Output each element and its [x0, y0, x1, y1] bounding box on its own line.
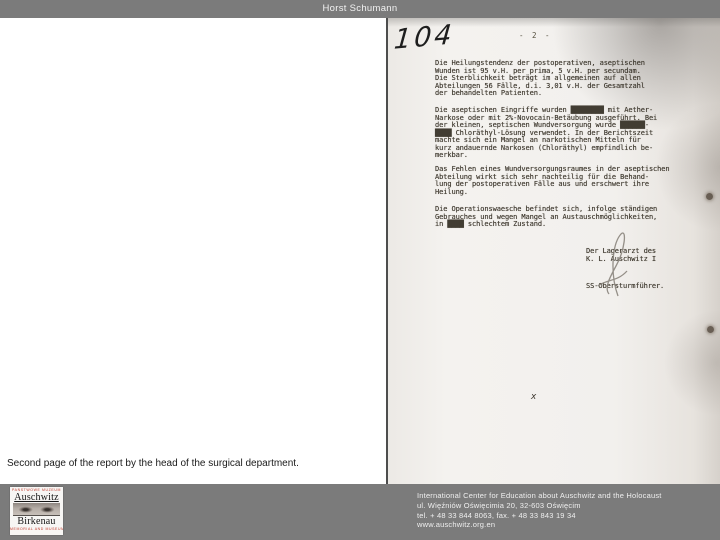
auschwitz-birkenau-logo: PAŃSTWOWE MUZEUM Auschwitz Birkenau MEMO… — [10, 487, 63, 535]
slide-footer: PAŃSTWOWE MUZEUM Auschwitz Birkenau MEMO… — [0, 484, 720, 540]
document-scan: 104 - 2 - Die Heilungstendenz der postop… — [386, 18, 720, 484]
document-paragraph: Die Heilungstendenz der postoperativen, … — [435, 60, 645, 98]
ink-blot — [707, 326, 714, 333]
footer-contact-line: International Center for Education about… — [417, 491, 662, 501]
document-text-line: Heilung. — [435, 189, 670, 197]
document-text-line: kurz andauernde Narkosen (Chloräthyl) em… — [435, 145, 657, 153]
document-text-line: in ████ schlechtem Zustand. — [435, 221, 657, 229]
handwritten-page-number: 104 — [393, 19, 456, 56]
slide: Horst Schumann 104 - 2 - Die Heilungsten… — [0, 0, 720, 540]
document-left-edge — [386, 18, 388, 484]
signature-block: Der Lagerarzt des K. L. Auschwitz I SS-O… — [586, 248, 664, 291]
document-paragraph: Die Operationswaesche befindet sich, inf… — [435, 206, 657, 229]
logo-name-birkenau: Birkenau — [10, 516, 63, 527]
signature-rank: SS-Obersturmführer. — [586, 283, 664, 291]
document-paragraph: Die aseptischen Eingriffe wurden ███████… — [435, 107, 657, 160]
footer-contact-block: International Center for Education about… — [417, 491, 662, 530]
footer-contact-line: ul. Więźniów Oświęcimia 20, 32-603 Oświę… — [417, 501, 662, 511]
footer-contact-line: tel. + 48 33 844 8063, fax. + 48 33 843 … — [417, 511, 662, 521]
eyes-image — [13, 503, 60, 516]
logo-bottom-text: MEMORIAL AND MUSEUM — [10, 527, 63, 531]
document-text-line: der behandelten Patienten. — [435, 90, 645, 98]
handwritten-signature — [582, 230, 640, 302]
slide-content: 104 - 2 - Die Heilungstendenz der postop… — [0, 18, 720, 484]
signature-line: K. L. Auschwitz I — [586, 256, 664, 264]
footer-contact-line: www.auschwitz.org.en — [417, 520, 662, 530]
logo-name-auschwitz: Auschwitz — [10, 492, 63, 503]
ink-blot — [706, 193, 713, 200]
document-text-line: lung der postoperativen Fälle aus und er… — [435, 181, 670, 189]
document-paragraph: Das Fehlen eines Wundversorgungsraumes i… — [435, 166, 670, 196]
typed-page-number: - 2 - — [519, 31, 552, 40]
page-title: Horst Schumann — [323, 3, 398, 14]
caption: Second page of the report by the head of… — [7, 458, 299, 469]
document-text-line: merkbar. — [435, 152, 657, 160]
slide-header: Horst Schumann — [0, 0, 720, 18]
stray-mark: x — [531, 392, 536, 402]
